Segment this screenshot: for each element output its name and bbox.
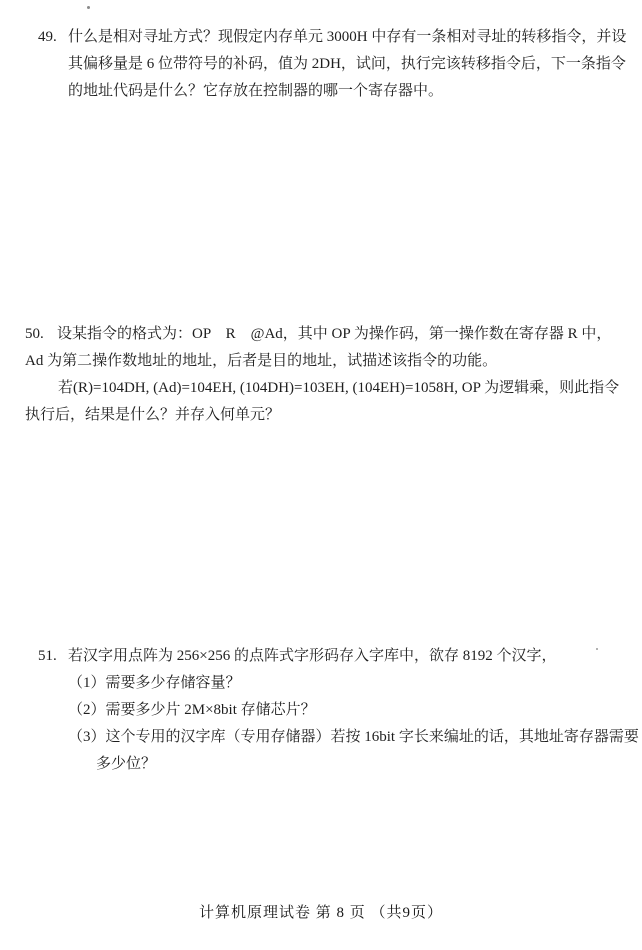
question-50-number: 50. [25, 321, 57, 348]
scan-speck [87, 6, 90, 9]
question-51: 51.若汉字用点阵为 256×256 的点阵式字形码存入字库中，欲存 8192 … [38, 643, 628, 778]
question-51-line-1: 51.若汉字用点阵为 256×256 的点阵式字形码存入字库中，欲存 8192 … [38, 643, 628, 670]
question-51-subitem-1: （1）需要多少存储容量？ [68, 670, 628, 697]
question-49-line-1: 49.什么是相对寻址方式？现假定内存单元 3000H 中存有一条相对寻址的转移指… [38, 24, 628, 51]
question-49-line-3: 的地址代码是什么？它存放在控制器的哪一个寄存器中。 [68, 78, 628, 105]
exam-paper-page: 49.什么是相对寻址方式？现假定内存单元 3000H 中存有一条相对寻址的转移指… [0, 0, 642, 950]
page-footer: 计算机原理试卷 第 8 页 （共9页） [0, 900, 642, 927]
question-51-subitem-2: （2）需要多少片 2M×8bit 存储芯片？ [68, 697, 628, 724]
question-49-text-1: 什么是相对寻址方式？现假定内存单元 3000H 中存有一条相对寻址的转移指令，并… [68, 29, 626, 45]
question-50-line-1: 50.设某指令的格式为：OP R @Ad，其中 OP 为操作码，第一操作数在寄存… [25, 321, 628, 348]
question-49: 49.什么是相对寻址方式？现假定内存单元 3000H 中存有一条相对寻址的转移指… [38, 24, 628, 105]
question-50-line-2: Ad 为第二操作数地址的地址，后者是目的地址，试描述该指令的功能。 [25, 348, 628, 375]
question-51-number: 51. [38, 643, 68, 670]
question-51-subitem-3-continued: 多少位？ [96, 751, 628, 778]
question-49-number: 49. [38, 24, 68, 51]
question-51-text-1: 若汉字用点阵为 256×256 的点阵式字形码存入字库中，欲存 8192 个汉字… [68, 648, 556, 664]
question-51-subitem-3: （3）这个专用的汉字库（专用存储器）若按 16bit 字长来编址的话，其地址寄存… [68, 724, 628, 751]
question-50-line-4: 执行后，结果是什么？并存入何单元？ [25, 402, 628, 429]
question-50: 50.设某指令的格式为：OP R @Ad，其中 OP 为操作码，第一操作数在寄存… [25, 321, 628, 429]
question-50-line-3: 若(R)=104DH, (Ad)=104EH, (104DH)=103EH, (… [25, 375, 628, 402]
question-50-text-1: 设某指令的格式为：OP R @Ad，其中 OP 为操作码，第一操作数在寄存器 R… [57, 326, 611, 342]
question-49-line-2: 其偏移量是 6 位带符号的补码，值为 2DH，试问，执行完该转移指令后，下一条指… [68, 51, 628, 78]
